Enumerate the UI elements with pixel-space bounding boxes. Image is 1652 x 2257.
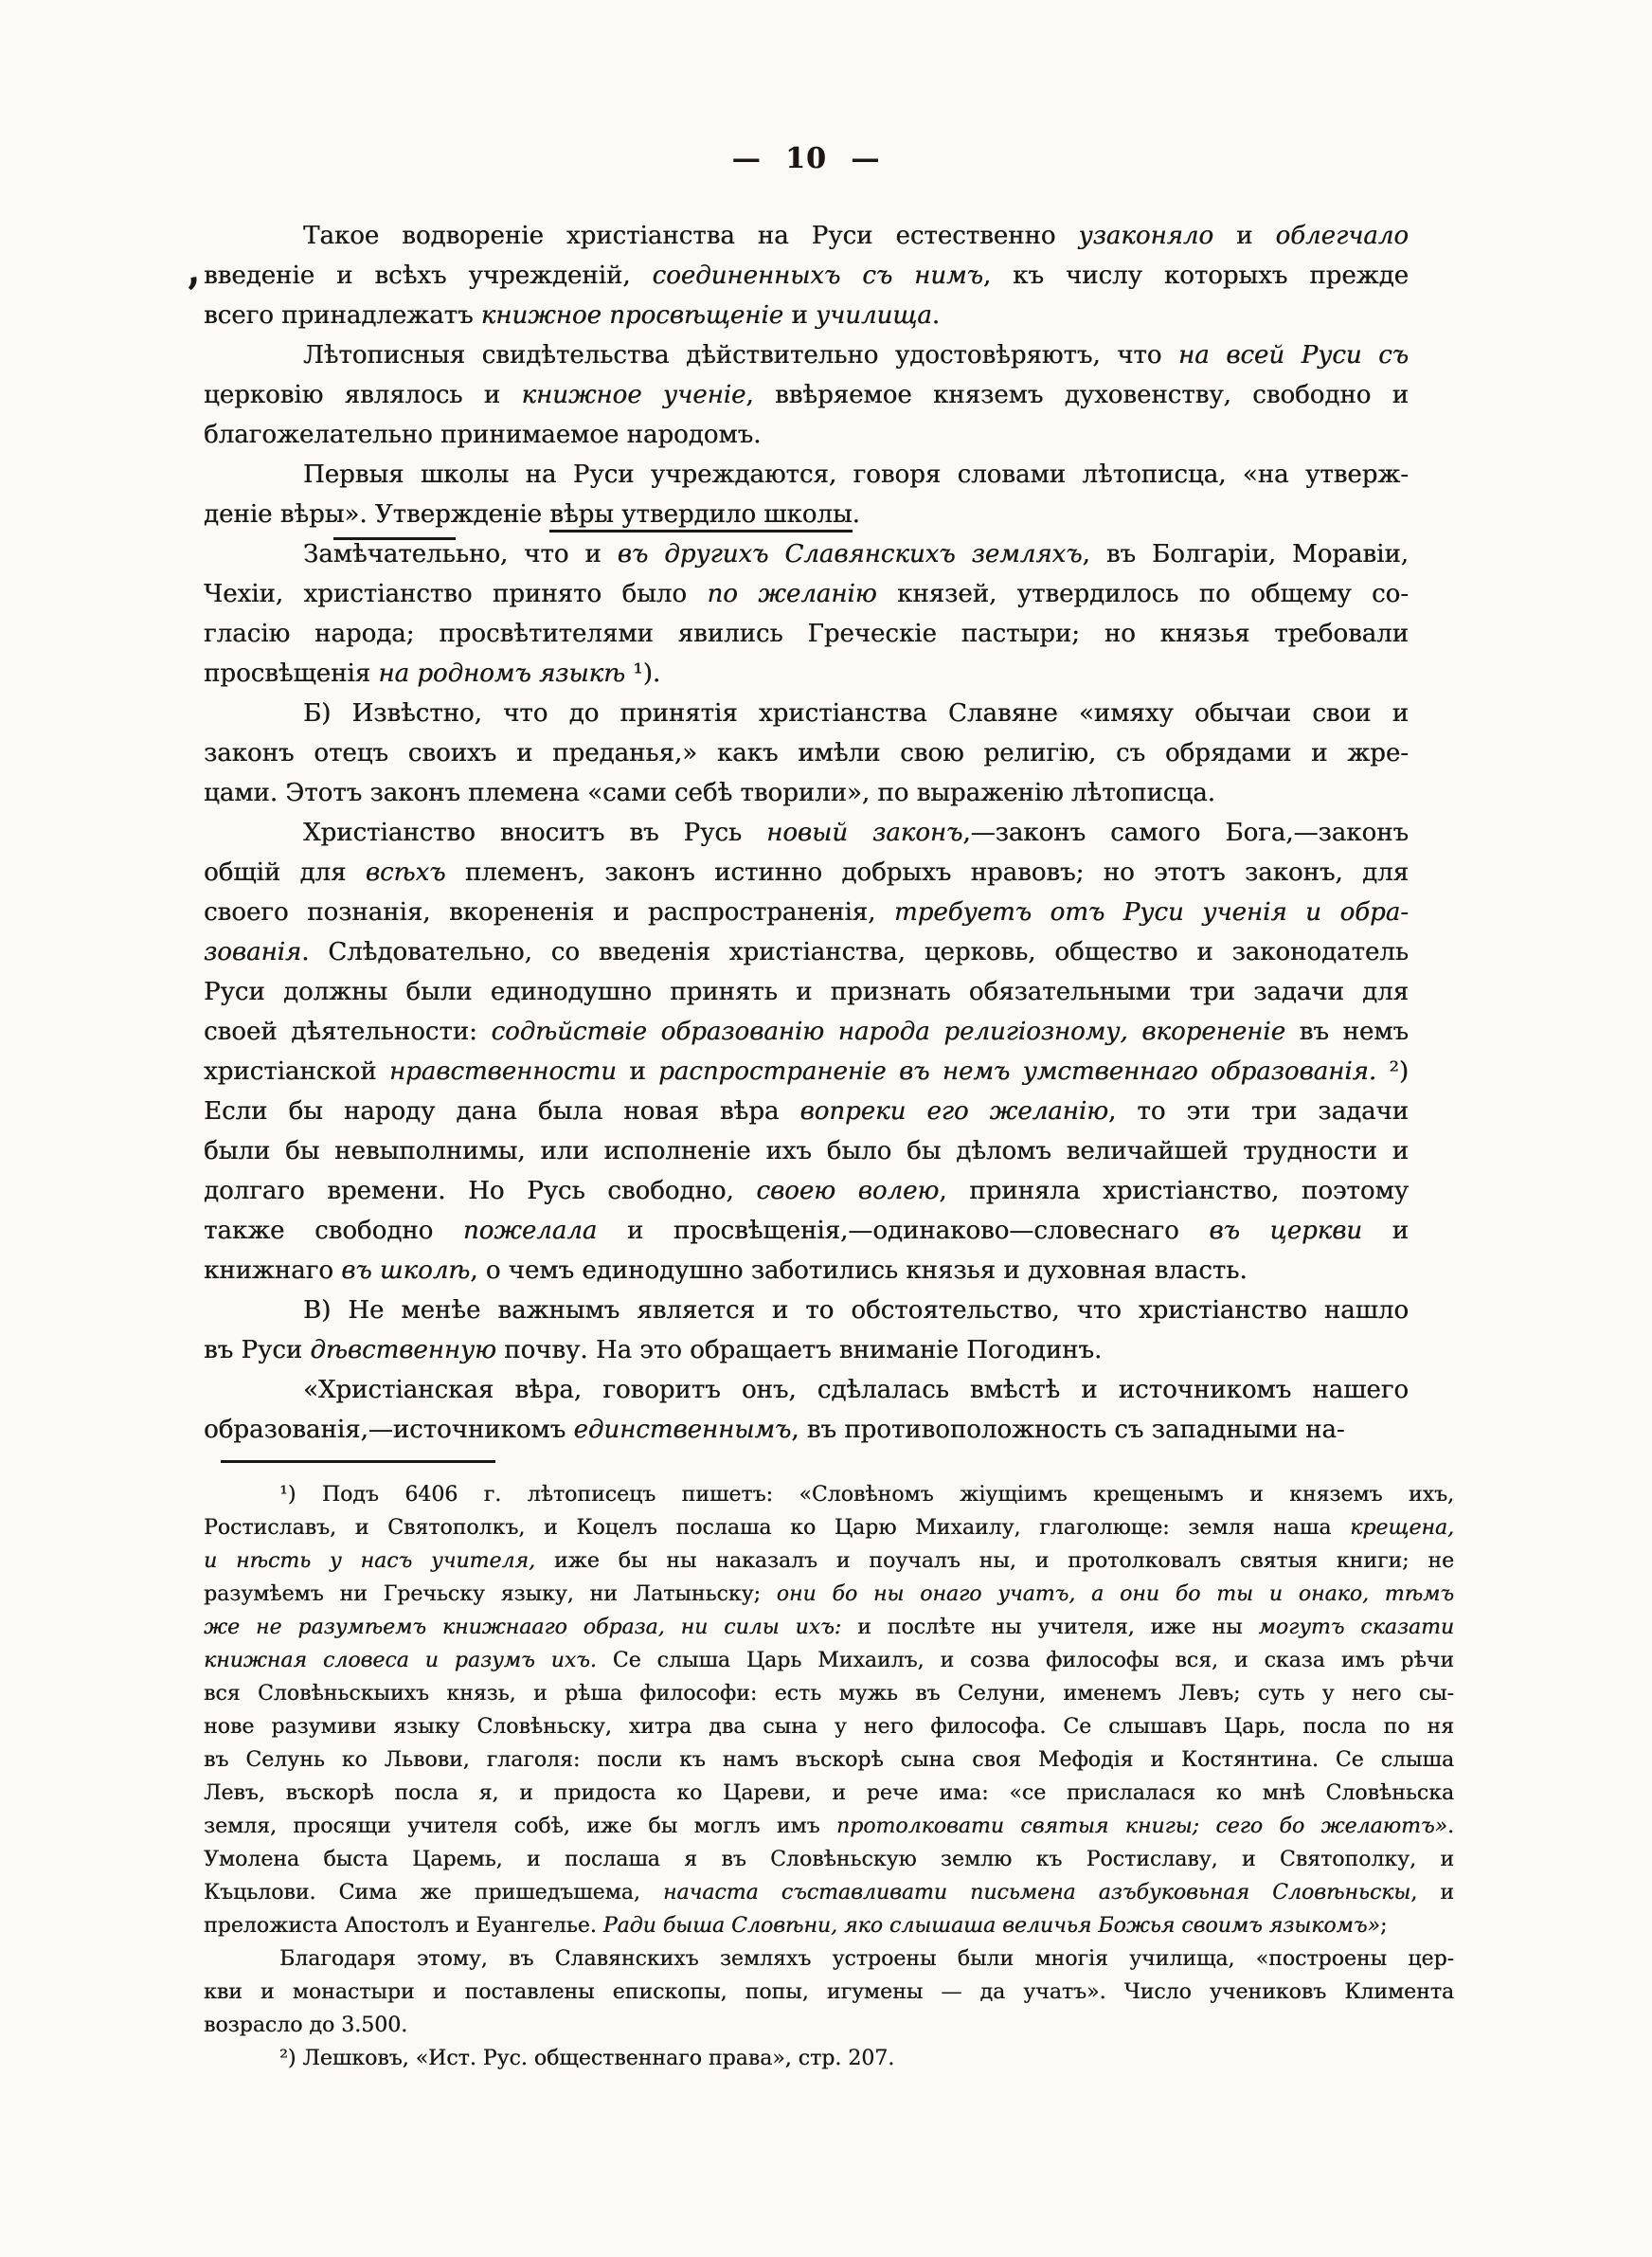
text-segment: и — [617, 1057, 658, 1086]
italic-text: требуетъ отъ Руси ученія и обра- — [894, 898, 1409, 927]
italic-text: книжное просвѣщеніе — [481, 301, 783, 330]
text-segment: ¹) Подъ 6406 г. лѣтописецъ пишетъ: «Слов… — [279, 1483, 1454, 1507]
italic-text: протолковати святыя книгы; сего бо желаю… — [836, 1815, 1447, 1838]
text-segment: В) Не менѣе важнымъ является и то обстоя… — [303, 1296, 1409, 1325]
italic-text: и нѣсть у насъ учителя, — [204, 1549, 535, 1573]
text-line: христіанской нравственности и распростра… — [204, 1052, 1409, 1092]
text-segment: въ немъ — [1285, 1018, 1409, 1046]
margin-annotation-mark: , — [183, 251, 201, 291]
text-segment: вся Словѣньскыихъ князь, и рѣша философи… — [204, 1682, 1454, 1706]
italic-text: училища — [816, 301, 932, 330]
text-line: введеніе и всѣхъ учрежденій, соединенных… — [204, 256, 1409, 296]
italic-text: зованія — [204, 938, 301, 966]
text-segment: общій для — [204, 858, 366, 887]
italic-text: они бо ны онаго учатъ, а они бо ты и она… — [777, 1582, 1454, 1606]
italic-text: книжная словеса и разумъ ихъ. — [204, 1649, 597, 1672]
italic-text: книжное ученіе — [521, 381, 745, 409]
text-line: книжнаго въ школѣ, о чемъ единодушно заб… — [204, 1251, 1409, 1291]
italic-text: по желанію — [707, 580, 876, 608]
text-segment: преложиста Апостолъ и Еуангелье. — [204, 1914, 603, 1938]
text-segment: разумѣемъ ни Гречьску языку, ни Латыньск… — [204, 1582, 777, 1606]
text-line: образованія,—источникомъ единственнымъ, … — [204, 1410, 1409, 1450]
text-line: Ростиславъ, и Святополкъ, и Коцелъ посла… — [204, 1511, 1454, 1544]
text-segment: законъ отецъ своихъ и преданья,» какъ им… — [204, 739, 1409, 767]
text-segment: гласію народа; просвѣтителями явились Гр… — [204, 620, 1409, 648]
text-line: Если бы народу дана была новая вѣра вопр… — [204, 1092, 1409, 1131]
text-line: были бы невыполнимы, или исполненіе ихъ … — [204, 1131, 1409, 1171]
text-segment: Благодаря этому, въ Славянскихъ земляхъ … — [279, 1947, 1454, 1971]
italic-text: узаконяло — [1079, 222, 1214, 250]
text-segment: Христіанство вноситъ въ Русь — [303, 819, 766, 847]
text-line: Чехіи, христіанство принято было по жела… — [204, 574, 1409, 614]
text-segment: мѣчатель — [333, 537, 456, 569]
italic-text: единственнымъ — [573, 1416, 791, 1444]
italic-text: своею волею — [756, 1177, 939, 1205]
text-segment: Се слыша Царь Михаилъ, и созва философы … — [597, 1649, 1454, 1672]
text-segment: , и — [1410, 1881, 1454, 1905]
text-segment: и — [1362, 1217, 1409, 1245]
text-segment: въ Руси — [204, 1336, 310, 1364]
text-segment: образованія,—источникомъ — [204, 1416, 573, 1444]
text-segment: и просвѣщенія,—одинаково—словеснаго — [597, 1217, 1209, 1245]
text-segment: Такое водвореніе христіанства на Руси ес… — [303, 222, 1079, 250]
italic-text: облегчало — [1276, 222, 1410, 250]
text-segment: Ростиславъ, и Святополкъ, и Коцелъ посла… — [204, 1516, 1350, 1540]
italic-text: крещена, — [1350, 1516, 1454, 1540]
italic-text: въ школѣ — [341, 1256, 470, 1285]
text-line: своего познанія, вкорененія и распростра… — [204, 893, 1409, 932]
text-segment: Если бы народу дана была новая вѣра — [204, 1097, 799, 1126]
text-line: всего принадлежатъ книжное просвѣщеніе и… — [204, 296, 1409, 335]
text-line: В) Не менѣе важнымъ является и то обстоя… — [204, 1291, 1409, 1330]
text-line: преложиста Апостолъ и Еуангелье. Ради бы… — [204, 1909, 1454, 1942]
text-line: Умолена быста Царемь, и послаша я въ Сло… — [204, 1843, 1454, 1876]
italic-text: нравственности — [389, 1057, 617, 1086]
text-segment: князей, утвердилось по общему со- — [877, 580, 1409, 608]
text-line: вся Словѣньскыихъ князь, и рѣша философи… — [204, 1677, 1454, 1710]
text-line: просвѣщенія на родномъ языкѣ ¹). — [204, 654, 1409, 694]
italic-text: вопреки его желанію — [799, 1097, 1108, 1126]
text-segment: «Христіанская вѣра, говоритъ онъ, сдѣлал… — [303, 1376, 1409, 1404]
italic-text: содѣйствіе образованію народа религіозно… — [491, 1018, 1285, 1046]
text-segment: . — [1447, 1815, 1454, 1838]
text-segment: , о чемъ единодушно заботились князья и … — [470, 1256, 1247, 1285]
text-line: въ Селунь ко Львови, глаголя: посли къ н… — [204, 1743, 1454, 1777]
italic-text: дѣвственную — [310, 1336, 496, 1364]
text-segment: церковію являлось и — [204, 381, 521, 409]
text-segment: и — [1213, 222, 1275, 250]
italic-text: же не разумѣемъ книжнааго образа, ни сил… — [204, 1616, 841, 1639]
text-line: и нѣсть у насъ учителя, иже бы ны наказа… — [204, 1544, 1454, 1578]
text-segment: возрасло до 3.500. — [204, 2013, 407, 2037]
text-segment: племенъ, законъ истинно добрыхъ нравовъ;… — [445, 858, 1409, 887]
underlined-text: вѣры утвердило школы — [549, 500, 852, 533]
text-line: церковію являлось и книжное ученіе, ввѣр… — [204, 375, 1409, 415]
text-segment: въ Селунь ко Львови, глаголя: посли къ н… — [204, 1748, 1454, 1772]
text-line: возрасло до 3.500. — [204, 2009, 1454, 2042]
text-segment: За — [303, 540, 333, 569]
text-line: въ Руси дѣвственную почву. На это обраща… — [204, 1330, 1409, 1370]
italic-text: всѣхъ — [366, 858, 446, 887]
text-segment: Лѣтописныя свидѣтельства дѣйствительно у… — [303, 341, 1178, 370]
italic-text: Ради быша Словѣни, яко слышаша величья Б… — [603, 1914, 1380, 1938]
text-line: Такое водвореніе христіанства на Руси ес… — [204, 216, 1409, 256]
text-segment: Руси должны были единодушно принять и пр… — [204, 978, 1409, 1006]
text-segment: и послѣте ны учителя, иже ны — [841, 1616, 1258, 1639]
text-segment: иже бы ны наказалъ и поучалъ ны, и прото… — [535, 1549, 1454, 1573]
italic-text: распространеніе въ немъ умственнаго обра… — [658, 1057, 1376, 1086]
text-segment: Умолена быста Царемь, и послаша я въ Сло… — [204, 1848, 1454, 1871]
text-segment: своей дѣятельности: — [204, 1018, 491, 1046]
text-segment: долгаго времени. Но Русь свободно, — [204, 1177, 756, 1205]
italic-text: въ церкви — [1209, 1217, 1362, 1245]
text-segment: были бы невыполнимы, или исполненіе ихъ … — [204, 1137, 1409, 1165]
page-number: — 10 — — [204, 142, 1409, 175]
text-segment: нове разумиви языку Словѣньску, хитра дв… — [204, 1715, 1454, 1739]
text-line: зованія. Слѣдовательно, со введенія хрис… — [204, 932, 1409, 972]
text-line: нове разумиви языку Словѣньску, хитра дв… — [204, 1710, 1454, 1743]
italic-text: въ другихъ Славянскихъ земляхъ — [618, 540, 1083, 569]
text-segment: Левъ, въскорѣ посла я, и придоста ко Цар… — [204, 1781, 1454, 1805]
text-segment: , приняла христіанство, поэтому — [939, 1177, 1409, 1205]
text-segment: книжнаго — [204, 1256, 341, 1285]
text-segment: ¹). — [625, 659, 660, 688]
text-segment: также свободно — [204, 1217, 463, 1245]
text-segment: цами. Этотъ законъ племена «сами себѣ тв… — [204, 779, 1215, 807]
text-line: долгаго времени. Но Русь свободно, своею… — [204, 1171, 1409, 1211]
italic-text: начаста съставливати письмена азъбуковьн… — [663, 1881, 1410, 1905]
text-line: общій для всѣхъ племенъ, законъ истинно … — [204, 853, 1409, 893]
italic-text: соединенныхъ съ нимъ — [653, 262, 983, 290]
text-line: Христіанство вноситъ въ Русь новый закон… — [204, 813, 1409, 853]
text-line: же не разумѣемъ книжнааго образа, ни сил… — [204, 1611, 1454, 1644]
text-line: разумѣемъ ни Гречьску языку, ни Латыньск… — [204, 1578, 1454, 1611]
text-line: цами. Этотъ законъ племена «сами себѣ тв… — [204, 773, 1409, 813]
text-segment: ьно, что и — [456, 540, 618, 569]
text-segment: . — [932, 301, 940, 330]
text-line: Б) Извѣстно, что до принятія христіанств… — [204, 694, 1409, 733]
text-segment: . — [853, 500, 860, 529]
text-segment: ; — [1380, 1914, 1387, 1938]
text-segment: благожелательно принимаемое народомъ. — [204, 421, 761, 449]
text-line: земля, просящи учителя собѣ, иже бы могл… — [204, 1810, 1454, 1843]
text-segment: Первыя школы на Руси учреждаются, говоря… — [303, 460, 1409, 489]
text-line: Благодаря этому, въ Славянскихъ земляхъ … — [204, 1942, 1454, 1976]
text-line: Руси должны были единодушно принять и пр… — [204, 972, 1409, 1012]
text-line: ¹) Подъ 6406 г. лѣтописецъ пишетъ: «Слов… — [204, 1478, 1454, 1511]
italic-text: на родномъ языкѣ — [378, 659, 625, 688]
text-segment: почву. На это обращаетъ вниманіе Погодин… — [496, 1336, 1102, 1364]
text-segment: просвѣщенія — [204, 659, 378, 688]
text-segment: и — [783, 301, 816, 330]
italic-text: пожелала — [463, 1217, 597, 1245]
text-line: Лѣтописныя свидѣтельства дѣйствительно у… — [204, 335, 1409, 375]
text-line: Первыя школы на Руси учреждаются, говоря… — [204, 455, 1409, 495]
text-segment: , ввѣряемое княземъ духовенству, свободн… — [745, 381, 1409, 409]
scanned-book-page: — 10 — , Такое водвореніе христіанства н… — [0, 0, 1652, 2257]
text-segment: всего принадлежатъ — [204, 301, 481, 330]
text-segment: кви и монастыри и поставлены епископы, п… — [204, 1980, 1454, 2004]
text-line: законъ отецъ своихъ и преданья,» какъ им… — [204, 733, 1409, 773]
footnotes-text: ¹) Подъ 6406 г. лѣтописецъ пишетъ: «Слов… — [204, 1478, 1454, 2075]
footnote-separator — [221, 1460, 495, 1463]
text-line: Замѣчателььно, что и въ другихъ Славянск… — [204, 534, 1409, 574]
text-segment: , къ числу которыхъ прежде — [983, 262, 1409, 290]
text-segment: Б) Извѣстно, что до принятія христіанств… — [303, 699, 1409, 728]
text-line: «Христіанская вѣра, говоритъ онъ, сдѣлал… — [204, 1370, 1409, 1410]
text-line: ²) Лешковъ, «Ист. Рус. общественнаго пра… — [204, 2042, 1454, 2075]
text-line: деніе вѣры». Утвержденіе вѣры утвердило … — [204, 495, 1409, 534]
text-segment: земля, просящи учителя собѣ, иже бы могл… — [204, 1815, 836, 1838]
text-segment: , то эти три задачи — [1108, 1097, 1409, 1126]
text-segment: ,—законъ самого Бога,—законъ — [962, 819, 1409, 847]
text-segment: ²) — [1376, 1057, 1409, 1086]
text-segment: . Слѣдовательно, со введенія христіанств… — [301, 938, 1409, 966]
text-segment: Чехіи, христіанство принято было — [204, 580, 707, 608]
italic-text: новый законъ — [766, 819, 962, 847]
text-line: также свободно пожелала и просвѣщенія,—о… — [204, 1211, 1409, 1251]
text-segment: Къцьлови. Сима же пришедъшема, — [204, 1881, 663, 1905]
text-segment: , въ противоположность съ западными на- — [791, 1416, 1344, 1444]
text-line: книжная словеса и разумъ ихъ. Се слыша Ц… — [204, 1644, 1454, 1677]
text-segment: деніе вѣры». Утвержденіе — [204, 500, 549, 529]
body-text: Такое водвореніе христіанства на Руси ес… — [204, 216, 1409, 1450]
text-line: гласію народа; просвѣтителями явились Гр… — [204, 614, 1409, 654]
text-segment: своего познанія, вкорененія и распростра… — [204, 898, 894, 927]
italic-text: на всей Руси съ — [1178, 341, 1409, 370]
text-segment: христіанской — [204, 1057, 389, 1086]
text-line: Левъ, въскорѣ посла я, и придоста ко Цар… — [204, 1777, 1454, 1810]
text-segment: введеніе и всѣхъ учрежденій, — [204, 262, 653, 290]
text-segment: ²) Лешковъ, «Ист. Рус. общественнаго пра… — [279, 2047, 894, 2070]
text-segment: , въ Болгаріи, Моравіи, — [1083, 540, 1409, 569]
text-line: кви и монастыри и поставлены епископы, п… — [204, 1976, 1454, 2009]
text-line: Къцьлови. Сима же пришедъшема, начаста с… — [204, 1876, 1454, 1909]
text-line: благожелательно принимаемое народомъ. — [204, 415, 1409, 455]
text-line: своей дѣятельности: содѣйствіе образован… — [204, 1012, 1409, 1052]
italic-text: могутъ сказати — [1258, 1616, 1454, 1639]
